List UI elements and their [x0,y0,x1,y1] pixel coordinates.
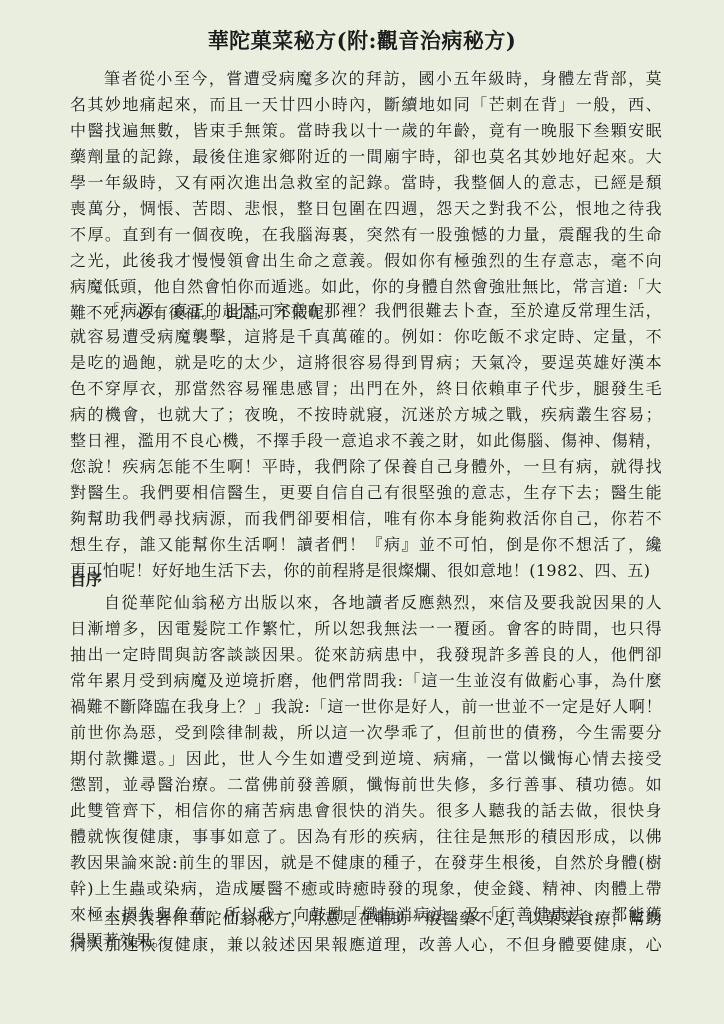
preface-paragraph-2: 至於我著作華陀仙翁秘方，用意是在輔助一般醫藥不足，以菓菜食療，幫助 病人加速恢復… [70,906,662,958]
text-line: 前世你為惡，受到陰律制裁，所以這一次學乖了，但前世的債務，今生需要分 [70,720,662,746]
text-line: 日漸增多，因電髮院工作繁忙，所以恕我無法一一覆函。會客的時間，也只得 [70,616,662,642]
document-title: 華陀菓菜秘方(附:觀音治病秘方) [0,26,724,56]
document-page: 華陀菓菜秘方(附:觀音治病秘方) 筆者從小至今，嘗遭受病魔多次的拜訪，國小五年級… [0,0,724,1024]
text-line: 中醫找遍無數，皆束手無策。當時我以十一歲的年齡，竟有一晚服下叁顆安眠 [70,118,662,144]
text-line: 更可怕呢！好好地生活下去，你的前程將是很燦爛、很如意地！(1982、四、五) [70,558,662,584]
text-line: 常年累月受到病魔及逆境折磨，他們常問我:「這一生並沒有做虧心事，為什麼 [70,668,662,694]
intro-paragraph-2: 「病源」真正的起因，究竟在那裡？我們很難去卜查，至於違反常理生活， 就容易遭受病… [70,298,662,584]
text-line: 是吃的過飽，就是吃的太少，這將很容易得到胃病；天氣冷，要逞英雄好漢本 [70,350,662,376]
preface-paragraph-1: 自從華陀仙翁秘方出版以來，各地讀者反應熱烈，來信及要我說因果的人 日漸增多，因電… [70,590,662,954]
text-line: 之光，此後我才慢慢領會出生命之意義。假如你有極強烈的生存意志，毫不向 [70,248,662,274]
text-line: 想生存，誰又能幫你生活啊！讀者們！『病』並不可怕，倒是你不想活了，纔 [70,532,662,558]
preface-heading: 自序 [70,568,102,592]
text-line: 筆者從小至今，嘗遭受病魔多次的拜訪，國小五年級時，身體左背部，莫 [70,66,662,92]
text-line: 學一年級時，又有兩次進出急救室的記錄。當時，我整個人的意志，已經是頹 [70,170,662,196]
text-line: 您說！疾病怎能不生啊！平時，我們除了保養自己身體外，一旦有病，就得找 [70,454,662,480]
text-line: 期付款攤還。」因此，世人今生如遭受到逆境、病痛，一當以懺悔心情去接受 [70,746,662,772]
text-line: 至於我著作華陀仙翁秘方，用意是在輔助一般醫藥不足，以菓菜食療，幫助 [70,906,662,932]
text-line: 就容易遭受病魔襲擊，這將是千真萬確的。例如：你吃飯不求定時、定量，不 [70,324,662,350]
text-line: 整日裡，濫用不良心機，不擇手段一意追求不義之財，如此傷腦、傷神、傷精， [70,428,662,454]
text-line: 「病源」真正的起因，究竟在那裡？我們很難去卜查，至於違反常理生活， [70,298,662,324]
text-line: 病魔低頭，他自然會怕你而遁逃。如此，你的身體自然會強壯無比，常言道:「大 [70,274,662,300]
text-line: 夠幫助我們尋找病源，而我們卻要相信，唯有你本身能夠救活你自己，你若不 [70,506,662,532]
text-line: 教因果論來說:前生的罪因，就是不健康的種子，在發芽生根後，自然於身體(樹 [70,850,662,876]
text-line: 藥劑量的記錄，最後住進家鄉附近的一間廟宇時，卻也莫名其妙地好起來。大 [70,144,662,170]
text-line: 病人加速恢復健康，兼以敍述因果報應道理，改善人心，不但身體要健康，心 [70,932,662,958]
text-line: 幹)上生蟲或染病，造成屢醫不癒或時癒時發的現象，使金錢、精神、肉體上帶 [70,876,662,902]
text-line: 色不穿厚衣，那當然容易罹患感冒；出門在外，終日依賴車子代步，腿發生毛 [70,376,662,402]
text-line: 名其妙地痛起來，而且一天廿四小時內，斷續地如同「芒刺在背」一般，西、 [70,92,662,118]
text-line: 禍難不斷降臨在我身上？」我說:「這一世你是好人，前一世並不一定是好人啊！ [70,694,662,720]
text-line: 自從華陀仙翁秘方出版以來，各地讀者反應熱烈，來信及要我說因果的人 [70,590,662,616]
text-line: 體就恢復健康，事事如意了。因為有形的疾病，往往是無形的積因形成，以佛 [70,824,662,850]
text-line: 懲罰，並尋醫治療。二當佛前發善願，懺悔前世失修，多行善事、積功德。如 [70,772,662,798]
intro-paragraph-1: 筆者從小至今，嘗遭受病魔多次的拜訪，國小五年級時，身體左背部，莫 名其妙地痛起來… [70,66,662,326]
text-line: 對醫生。我們要相信醫生，更要自信自己有很堅強的意志，生存下去；醫生能 [70,480,662,506]
text-line: 病的機會，也就大了；夜晚，不按時就寢，沉迷於方城之戰，疾病叢生容易； [70,402,662,428]
text-line: 此雙管齊下，相信你的痛苦病患會很快的消失。很多人聽我的話去做，很快身 [70,798,662,824]
text-line: 不厚。直到有一個夜晚，在我腦海裏，突然有一股強憾的力量，震醒我的生命 [70,222,662,248]
text-line: 抽出一定時間與訪客談談因果。從來訪病患中，我發現許多善良的人，他們卻 [70,642,662,668]
text-line: 喪萬分，惆悵、苦悶、悲恨，整日包圍在四週，怨天之對我不公，恨地之待我 [70,196,662,222]
